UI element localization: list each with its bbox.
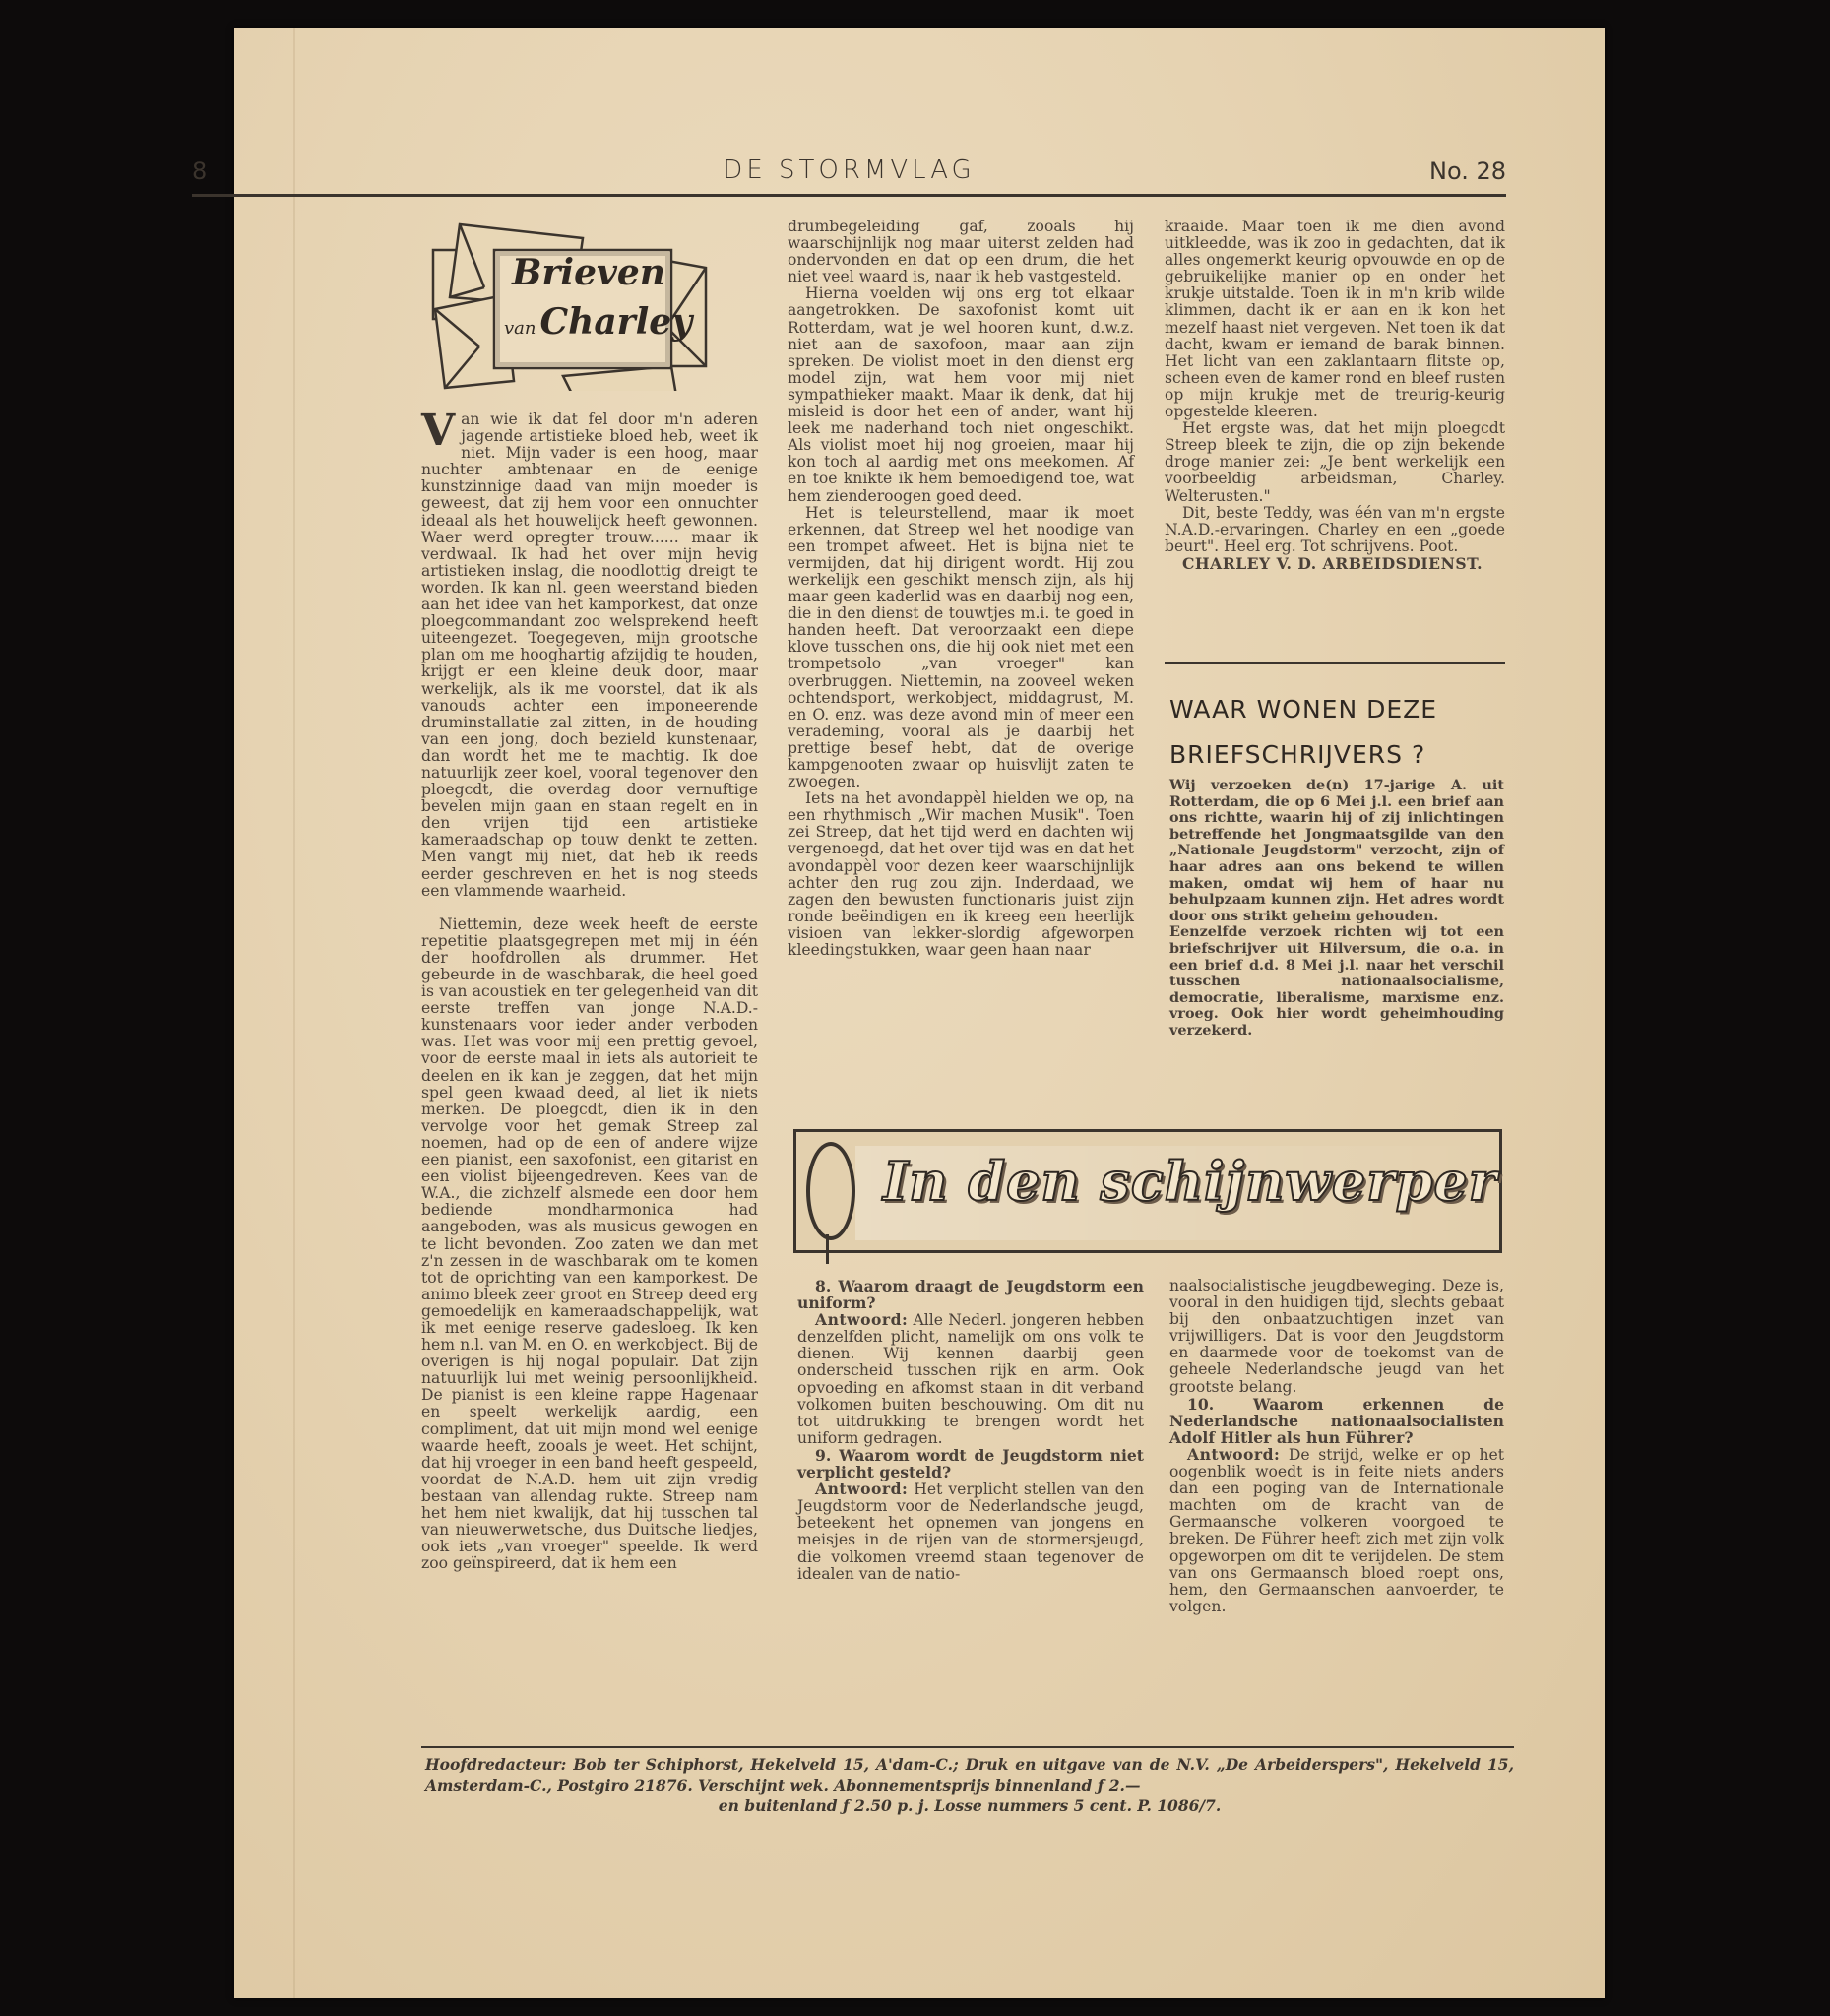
article-brieven-column-1: Van wie ik dat fel door m'n aderen jagen… bbox=[421, 411, 758, 1572]
article-paragraph: kraaide. Maar toen ik me dien avond uitk… bbox=[1165, 219, 1505, 420]
colophon-line-1: Hoofdredacteur: Bob ter Schiphorst, Heke… bbox=[425, 1755, 1514, 1795]
answer-9-continued: naalsocialistische jeugdbeweging. Deze i… bbox=[1169, 1278, 1504, 1396]
header-rule bbox=[192, 194, 1506, 197]
banner-title: In den schijnwerper bbox=[883, 1150, 1497, 1213]
schijnwerper-banner: In den schijnwerper bbox=[793, 1129, 1502, 1253]
notice-paragraph: Eenzelfde verzoek richten wij tot een br… bbox=[1169, 924, 1504, 1039]
brieven-van-charley-logo: Brieven vanCharley bbox=[425, 219, 721, 391]
article-paragraph: Van wie ik dat fel door m'n aderen jagen… bbox=[421, 411, 758, 900]
masthead: 8 DE STORMVLAG No. 28 bbox=[192, 156, 1506, 195]
question-9: 9. Waarom wordt de Jeugdstorm niet verpl… bbox=[797, 1447, 1144, 1480]
article-paragraph: Het ergste was, dat het mijn ploegcdt St… bbox=[1165, 420, 1505, 504]
answer-10: Antwoord: De strijd, welke er op het oog… bbox=[1169, 1446, 1504, 1615]
notice-paragraph: Wij verzoeken de(n) 17-jarige A. uit Rot… bbox=[1169, 778, 1504, 924]
article-paragraph: Iets na het avondappèl hielden we op, na… bbox=[788, 790, 1134, 959]
newspaper-title: DE STORMVLAG bbox=[192, 156, 1506, 185]
drop-cap: V bbox=[421, 413, 455, 449]
waar-wonen-body: Wij verzoeken de(n) 17-jarige A. uit Rot… bbox=[1169, 778, 1504, 1039]
answer-8: Antwoord: Alle Nederl. jongeren hebben d… bbox=[797, 1311, 1144, 1447]
article-paragraph: Dit, beste Teddy, was één van m'n ergste… bbox=[1165, 505, 1505, 555]
schijnwerper-column-2: naalsocialistische jeugdbeweging. Deze i… bbox=[1169, 1278, 1504, 1615]
colophon: Hoofdredacteur: Bob ter Schiphorst, Heke… bbox=[425, 1754, 1514, 1816]
waar-wonen-heading: WAAR WONEN DEZE BRIEFSCHRIJVERS ? bbox=[1169, 687, 1510, 778]
article-paragraph: drumbegeleiding gaf, zooals hij waarschi… bbox=[788, 219, 1134, 285]
colophon-line-2: en buitenland ƒ 2.50 p. j. Losse nummers… bbox=[425, 1795, 1514, 1816]
article-signature: CHARLEY V. D. ARBEIDSDIENST. bbox=[1165, 555, 1505, 572]
section-divider bbox=[1165, 662, 1505, 664]
article-paragraph: Hierna voelden wij ons erg tot elkaar aa… bbox=[788, 285, 1134, 504]
schijnwerper-column-1: 8. Waarom draagt de Jeugdstorm een unifo… bbox=[797, 1278, 1144, 1583]
article-brieven-column-2: drumbegeleiding gaf, zooals hij waarschi… bbox=[788, 219, 1134, 959]
logo-text-van-charley: vanCharley bbox=[504, 301, 692, 343]
spotlight-icon bbox=[806, 1142, 855, 1240]
question-10: 10. Waarom erkennen de Nederlandsche nat… bbox=[1169, 1396, 1504, 1446]
article-paragraph: Het is teleurstellend, maar ik moet erke… bbox=[788, 505, 1134, 791]
question-8: 8. Waarom draagt de Jeugdstorm een unifo… bbox=[797, 1278, 1144, 1311]
issue-number: No. 28 bbox=[1429, 157, 1506, 185]
logo-text-brieven: Brieven bbox=[512, 252, 665, 293]
article-paragraph: Niettemin, deze week heeft de eerste rep… bbox=[421, 916, 758, 1573]
answer-9: Antwoord: Het verplicht stellen van den … bbox=[797, 1480, 1144, 1583]
footer-rule bbox=[421, 1746, 1514, 1748]
article-brieven-column-3: kraaide. Maar toen ik me dien avond uitk… bbox=[1165, 219, 1505, 572]
